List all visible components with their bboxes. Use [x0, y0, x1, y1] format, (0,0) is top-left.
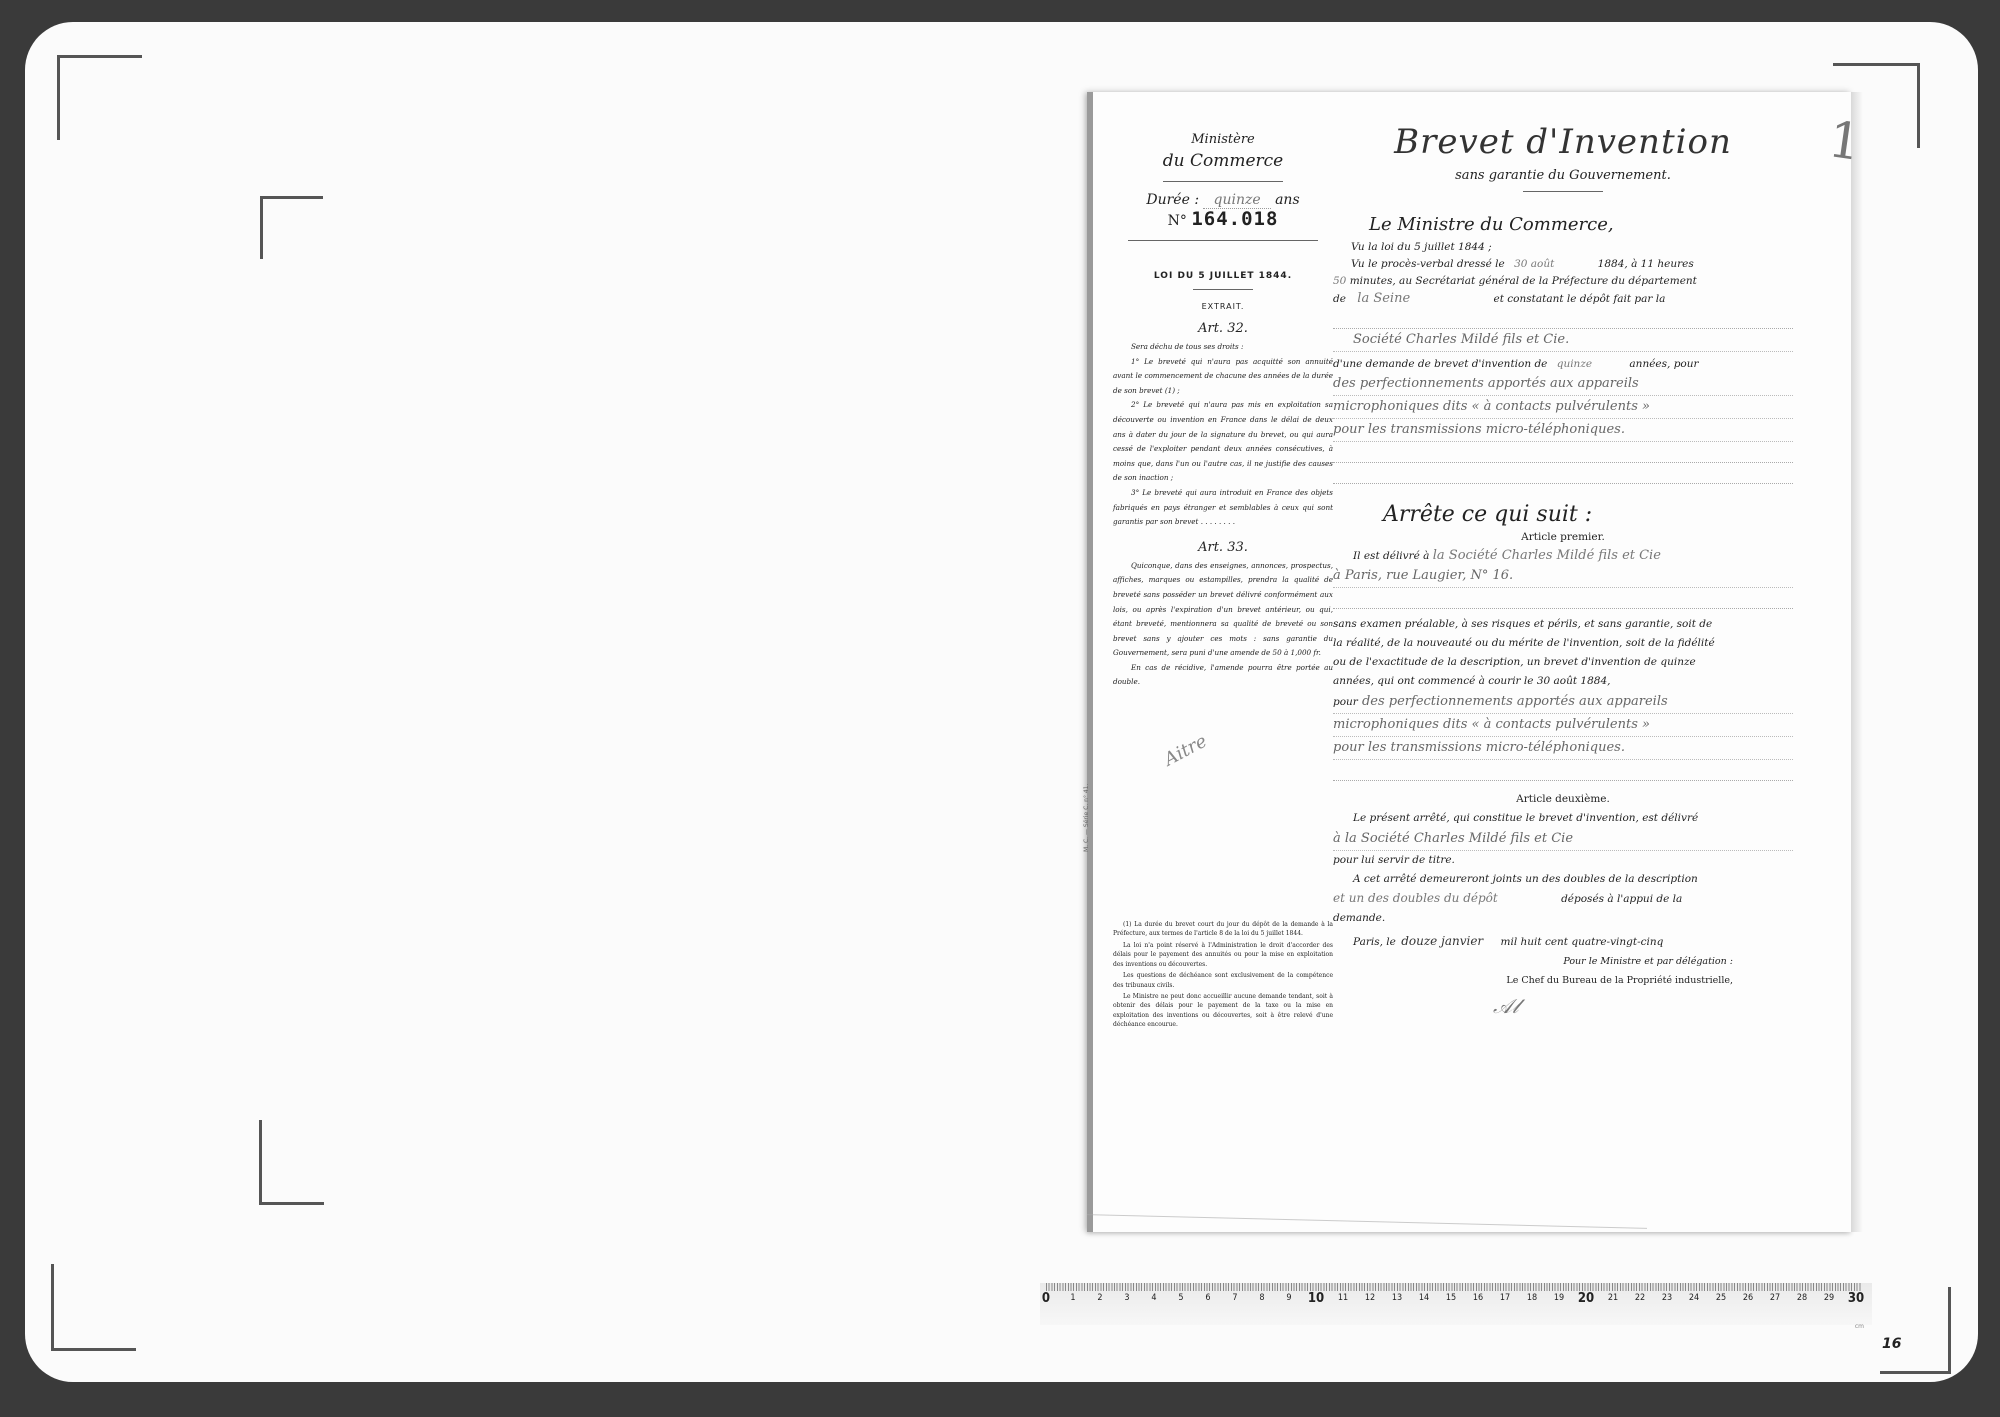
divider	[1523, 191, 1603, 192]
art32-text: Sera déchu de tous ses droits : 1° Le br…	[1113, 340, 1333, 530]
footnote: Le Ministre ne peut donc accueillir aucu…	[1113, 992, 1333, 1030]
ruler-label: 28	[1797, 1293, 1807, 1303]
ruler-label: 25	[1716, 1293, 1726, 1303]
article1-body-line: années, qui ont commencé à courir le 30 …	[1333, 672, 1793, 691]
divider	[1193, 289, 1253, 290]
crop-mark-top-left-outer	[57, 55, 142, 140]
divider	[1163, 181, 1283, 182]
article1-invention-line: pour des perfectionnements apportés aux …	[1333, 691, 1793, 714]
minister-heading: Le Ministre du Commerce,	[1369, 214, 1793, 235]
folio-number: 16	[1882, 1336, 1901, 1352]
article1-invention-text: des perfectionnements apportés aux appar…	[1362, 694, 1668, 709]
loi-title: LOI DU 5 JUILLET 1844.	[1113, 271, 1333, 281]
extrait-label: EXTRAIT.	[1113, 302, 1333, 311]
ruler-label: 29	[1824, 1293, 1834, 1303]
article2-line: pour lui servir de titre.	[1333, 851, 1793, 870]
crop-mark-top-left-inner	[260, 196, 323, 259]
article2-line: demande.	[1333, 909, 1793, 928]
art33-text: Quiconque, dans des enseignes, annonces,…	[1113, 559, 1333, 690]
ruler-label: 6	[1205, 1293, 1210, 1303]
de-label: de	[1333, 293, 1346, 305]
blank-line	[1333, 760, 1793, 781]
ruler-label: 17	[1500, 1293, 1510, 1303]
blank-line	[1333, 588, 1793, 609]
article1-body-line: la réalité, de la nouveauté ou du mérite…	[1333, 634, 1793, 653]
art33-title: Art. 33.	[1113, 540, 1333, 555]
ruler-label: 14	[1419, 1293, 1429, 1303]
document-subtitle: sans garantie du Gouvernement.	[1333, 168, 1793, 183]
ruler-label: 30	[1848, 1291, 1864, 1306]
vu-loi: Vu la loi du 5 juillet 1844 ;	[1333, 239, 1793, 256]
chef-title: Le Chef du Bureau de la Propriété indust…	[1333, 971, 1733, 990]
vu-pv-date: 30 août	[1508, 258, 1594, 270]
document-title: Brevet d'Invention	[1333, 122, 1793, 162]
divider	[1128, 240, 1318, 241]
article2-handwritten: et un des doubles du dépôt	[1333, 891, 1558, 905]
invention-title-line: des perfectionnements apportés aux appar…	[1333, 373, 1793, 396]
article1-beneficiary: la Société Charles Mildé fils et Cie	[1433, 548, 1661, 563]
ruler-label: 9	[1286, 1293, 1291, 1303]
ministere-label: Ministère	[1113, 132, 1333, 147]
ruler-label: 10	[1308, 1291, 1324, 1306]
duree-value: quinze	[1203, 192, 1270, 209]
demande-suffix: années, pour	[1629, 358, 1698, 370]
official-signature: 𝒜𝓁	[1493, 994, 1793, 1018]
invention-title-line: microphoniques dits « à contacts pulvéru…	[1333, 396, 1793, 419]
date-line: Paris, le douze janvier mil huit cent qu…	[1333, 932, 1793, 952]
art32-paragraph: 3° Le breveté qui aura introduit en Fran…	[1113, 486, 1333, 530]
ruler-label: 1	[1070, 1293, 1075, 1303]
article1-address: à Paris, rue Laugier, N° 16.	[1333, 565, 1793, 588]
patent-number: N° 164.018	[1113, 208, 1333, 230]
date-handwritten: douze janvier	[1399, 934, 1497, 948]
art32-paragraph: 1° Le breveté qui n'aura pas acquitté so…	[1113, 355, 1333, 399]
article1-body: sans examen préalable, à ses risques et …	[1333, 615, 1793, 691]
art32-paragraph: Sera déchu de tous ses droits :	[1113, 340, 1333, 355]
vu-pv-prefix: Vu le procès-verbal dressé le	[1351, 258, 1505, 270]
article1-prefix: Il est délivré à	[1353, 550, 1429, 562]
numero-value: 164.018	[1191, 208, 1278, 230]
ruler-label: 11	[1338, 1293, 1348, 1303]
ministere-commerce: du Commerce	[1113, 151, 1333, 171]
demande-line: d'une demande de brevet d'invention de q…	[1333, 356, 1793, 373]
minutes-text: minutes, au Secrétariat général de la Pr…	[1350, 275, 1697, 287]
signature-block: Pour le Ministre et par délégation : Le …	[1333, 952, 1733, 990]
minutes-line: 50 minutes, au Secrétariat général de la…	[1333, 273, 1793, 290]
article2-beneficiary: à la Société Charles Mildé fils et Cie	[1333, 828, 1793, 851]
footnote: La loi n'a point réservé à l'Administrat…	[1113, 941, 1333, 969]
ruler-label: 22	[1635, 1293, 1645, 1303]
ruler-label: 7	[1232, 1293, 1237, 1303]
constatant-text: et constatant le dépôt fait par la	[1494, 293, 1666, 305]
art32-paragraph: 2° Le breveté qui n'aura pas mis en expl…	[1113, 398, 1333, 486]
article2-line: A cet arrêté demeureront joints un des d…	[1333, 870, 1793, 889]
ruler-label: 8	[1259, 1293, 1264, 1303]
ruler-label: 24	[1689, 1293, 1699, 1303]
ruler-label: 3	[1124, 1293, 1129, 1303]
article1-invention-line: microphoniques dits « à contacts pulvéru…	[1333, 714, 1793, 737]
article2-line: Le présent arrêté, qui constitue le brev…	[1333, 809, 1793, 828]
footnotes: (1) La durée du brevet court du jour du …	[1113, 920, 1333, 1029]
footnote: (1) La durée du brevet court du jour du …	[1113, 920, 1333, 939]
depositor: Société Charles Mildé fils et Cie.	[1333, 329, 1793, 352]
left-column: Ministère du Commerce Durée : quinze ans…	[1113, 132, 1333, 1032]
ruler-label: 16	[1473, 1293, 1483, 1303]
duree-unit: ans	[1275, 192, 1300, 208]
vu-pv-year: 1884, à 11 heures	[1598, 258, 1694, 270]
article1-delivery: Il est délivré à la Société Charles Mild…	[1333, 547, 1793, 565]
initials-area: Aitre	[1163, 740, 1333, 830]
ruler-unit-mark: cm	[1855, 1323, 1864, 1330]
invention-title-line: pour les transmissions micro-téléphoniqu…	[1333, 419, 1793, 442]
right-column: Brevet d'Invention sans garantie du Gouv…	[1333, 122, 1793, 1018]
ruler-label: 23	[1662, 1293, 1672, 1303]
article1-title: Article premier.	[1333, 531, 1793, 543]
date-suffix: mil huit cent quatre-vingt-cinq	[1501, 936, 1664, 948]
vu-proces-verbal: Vu le procès-verbal dressé le 30 août 18…	[1333, 256, 1793, 273]
ruler-label: 13	[1392, 1293, 1402, 1303]
art33-paragraph: En cas de récidive, l'amende pourra être…	[1113, 661, 1333, 690]
document-shadow	[1851, 92, 1863, 1232]
ruler-label: 18	[1527, 1293, 1537, 1303]
article1-invention-line: pour les transmissions micro-téléphoniqu…	[1333, 737, 1793, 760]
initials-signature: Aitre	[1161, 731, 1211, 771]
duree-label: Durée :	[1146, 192, 1199, 208]
measurement-ruler: 0123456789101112131415161718192021222324…	[1040, 1283, 1872, 1325]
crop-mark-bottom-right-outer	[1880, 1287, 1951, 1374]
ruler-label: 20	[1578, 1291, 1594, 1306]
patent-document: 1 Ministère du Commerce Durée : quinze a…	[1087, 92, 1851, 1232]
article2-text: déposés à l'appui de la	[1561, 893, 1682, 905]
duree-field: Durée : quinze ans	[1113, 192, 1333, 208]
ruler-label: 21	[1608, 1293, 1618, 1303]
art32-title: Art. 32.	[1113, 321, 1333, 336]
arrete-heading: Arrête ce qui suit :	[1383, 502, 1793, 527]
demande-prefix: d'une demande de brevet d'invention de	[1333, 358, 1547, 370]
article1-body-line: ou de l'exactitude de la description, un…	[1333, 653, 1793, 672]
blank-line	[1333, 442, 1793, 463]
blank-line	[1333, 463, 1793, 484]
ruler-label: 15	[1446, 1293, 1456, 1303]
demande-duree: quinze	[1551, 358, 1626, 370]
crop-mark-bottom-left-inner	[259, 1120, 324, 1205]
departement-value: la Seine	[1349, 291, 1490, 306]
crop-mark-bottom-left-outer	[51, 1264, 136, 1351]
date-prefix: Paris, le	[1353, 936, 1396, 948]
delegation-text: Pour le Ministre et par délégation :	[1333, 952, 1733, 971]
minutes-value: 50	[1333, 275, 1346, 287]
article2-line: et un des doubles du dépôt déposés à l'a…	[1333, 889, 1793, 909]
numero-prefix: N°	[1168, 213, 1187, 229]
ruler-label: 12	[1365, 1293, 1375, 1303]
blank-line	[1333, 308, 1793, 329]
ruler-label: 26	[1743, 1293, 1753, 1303]
ruler-label: 19	[1554, 1293, 1564, 1303]
ruler-label: 4	[1151, 1293, 1156, 1303]
ruler-ticks	[1046, 1283, 1862, 1291]
ruler-label: 27	[1770, 1293, 1780, 1303]
footnote: Les questions de déchéance sont exclusiv…	[1113, 971, 1333, 990]
art33-paragraph: Quiconque, dans des enseignes, annonces,…	[1113, 559, 1333, 661]
pour-label: pour	[1333, 696, 1358, 708]
article2-title: Article deuxième.	[1333, 793, 1793, 805]
article1-body-line: sans examen préalable, à ses risques et …	[1333, 615, 1793, 634]
side-reference: M. C. — Série C. n° 41.	[1083, 784, 1090, 852]
ruler-label: 5	[1178, 1293, 1183, 1303]
ruler-label: 2	[1097, 1293, 1102, 1303]
departement-line: de la Seine et constatant le dépôt fait …	[1333, 290, 1793, 308]
ruler-label: 0	[1042, 1291, 1050, 1306]
